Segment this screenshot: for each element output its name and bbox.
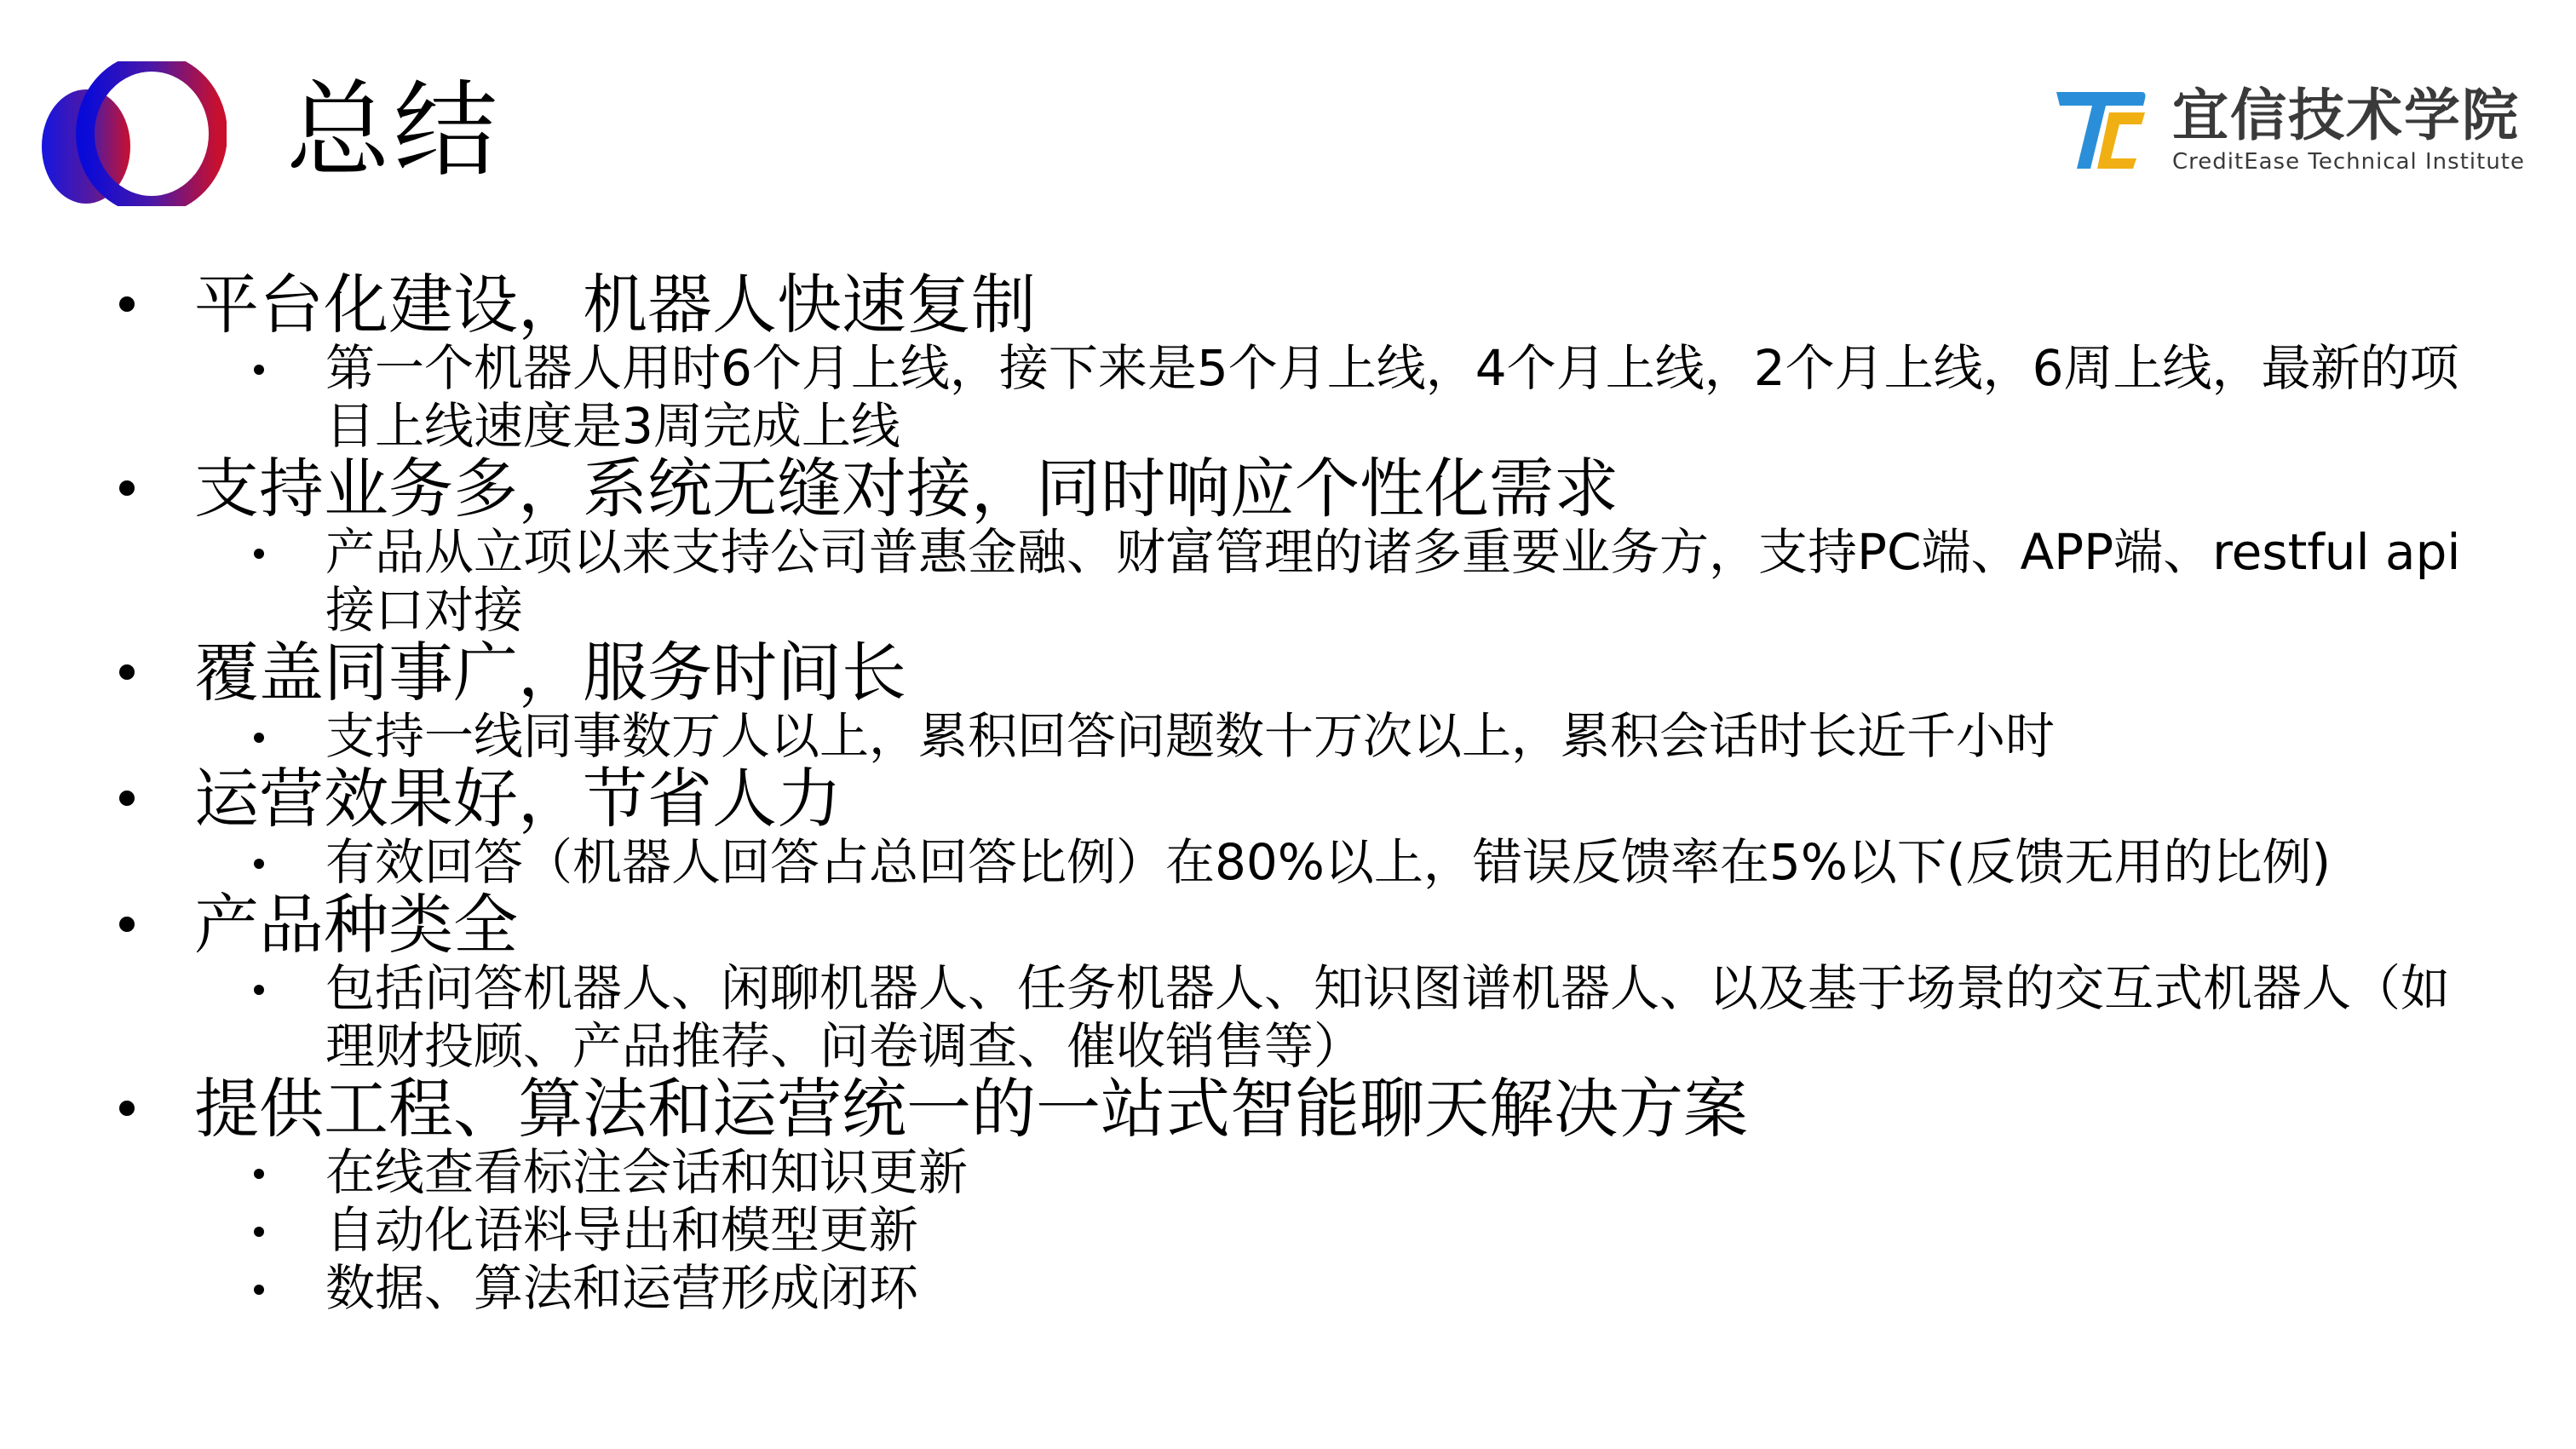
brand-name-cn: 宜信技术学院 bbox=[2172, 83, 2525, 148]
bullet-heading: 支持业务多，系统无缝对接，同时响应个性化需求 bbox=[0, 455, 2494, 523]
bullet-heading: 提供工程、算法和运营统一的一站式智能聊天解决方案 bbox=[0, 1075, 2494, 1143]
bullet-heading: 运营效果好，节省人力 bbox=[0, 765, 2494, 833]
bullet-dot-icon bbox=[254, 365, 264, 375]
section-coverage: 覆盖同事广，服务时间长 支持一线同事数万人以上，累积回答问题数十万次以上，累积会… bbox=[0, 639, 2576, 765]
bullet-dot-icon bbox=[119, 664, 135, 680]
bullet-dot-icon bbox=[254, 985, 264, 995]
bullet-heading: 平台化建设，机器人快速复制 bbox=[0, 271, 2494, 339]
bullet-detail: 自动化语料导出和模型更新 bbox=[0, 1201, 2472, 1259]
section-business: 支持业务多，系统无缝对接，同时响应个性化需求 产品从立项以来支持公司普惠金融、财… bbox=[0, 455, 2576, 639]
bullet-detail: 产品从立项以来支持公司普惠金融、财富管理的诸多重要业务方，支持PC端、APP端、… bbox=[0, 523, 2472, 639]
bullet-dot-icon bbox=[254, 549, 264, 559]
bullet-dot-icon bbox=[254, 1227, 264, 1237]
bullet-detail: 第一个机器人用时6个月上线，接下来是5个月上线，4个月上线，2个月上线，6周上线… bbox=[0, 339, 2472, 455]
bullet-heading: 产品种类全 bbox=[0, 891, 2494, 959]
summary-list: 平台化建设，机器人快速复制 第一个机器人用时6个月上线，接下来是5个月上线，4个… bbox=[0, 271, 2576, 1317]
bullet-dot-icon bbox=[254, 859, 264, 869]
section-solution: 提供工程、算法和运营统一的一站式智能聊天解决方案 在线查看标注会话和知识更新 自… bbox=[0, 1075, 2576, 1317]
bullet-detail: 数据、算法和运营形成闭环 bbox=[0, 1259, 2472, 1317]
bullet-dot-icon bbox=[119, 917, 135, 932]
bullet-dot-icon bbox=[254, 1169, 264, 1179]
tc-brand-mark-icon bbox=[2053, 87, 2148, 172]
brand-logo: 宜信技术学院 CreditEase Technical Institute bbox=[2053, 78, 2525, 181]
bullet-detail: 在线查看标注会话和知识更新 bbox=[0, 1143, 2472, 1201]
bullet-detail: 包括问答机器人、闲聊机器人、任务机器人、知识图谱机器人、以及基于场景的交互式机器… bbox=[0, 959, 2472, 1075]
rings-logo-icon bbox=[39, 61, 227, 206]
page-title: 总结 bbox=[286, 66, 501, 194]
bullet-dot-icon bbox=[119, 791, 135, 806]
bullet-dot-icon bbox=[119, 1101, 135, 1116]
brand-name-en: CreditEase Technical Institute bbox=[2172, 148, 2525, 175]
bullet-dot-icon bbox=[254, 733, 264, 743]
bullet-dot-icon bbox=[119, 296, 135, 312]
bullet-dot-icon bbox=[254, 1285, 264, 1295]
bullet-detail: 支持一线同事数万人以上，累积回答问题数十万次以上，累积会话时长近千小时 bbox=[0, 707, 2472, 765]
section-products: 产品种类全 包括问答机器人、闲聊机器人、任务机器人、知识图谱机器人、以及基于场景… bbox=[0, 891, 2576, 1075]
section-operations: 运营效果好，节省人力 有效回答（机器人回答占总回答比例）在80%以上，错误反馈率… bbox=[0, 765, 2576, 891]
bullet-detail: 有效回答（机器人回答占总回答比例）在80%以上，错误反馈率在5%以下(反馈无用的… bbox=[0, 833, 2472, 891]
bullet-dot-icon bbox=[119, 480, 135, 496]
section-platform: 平台化建设，机器人快速复制 第一个机器人用时6个月上线，接下来是5个月上线，4个… bbox=[0, 271, 2576, 455]
bullet-heading: 覆盖同事广，服务时间长 bbox=[0, 639, 2494, 707]
